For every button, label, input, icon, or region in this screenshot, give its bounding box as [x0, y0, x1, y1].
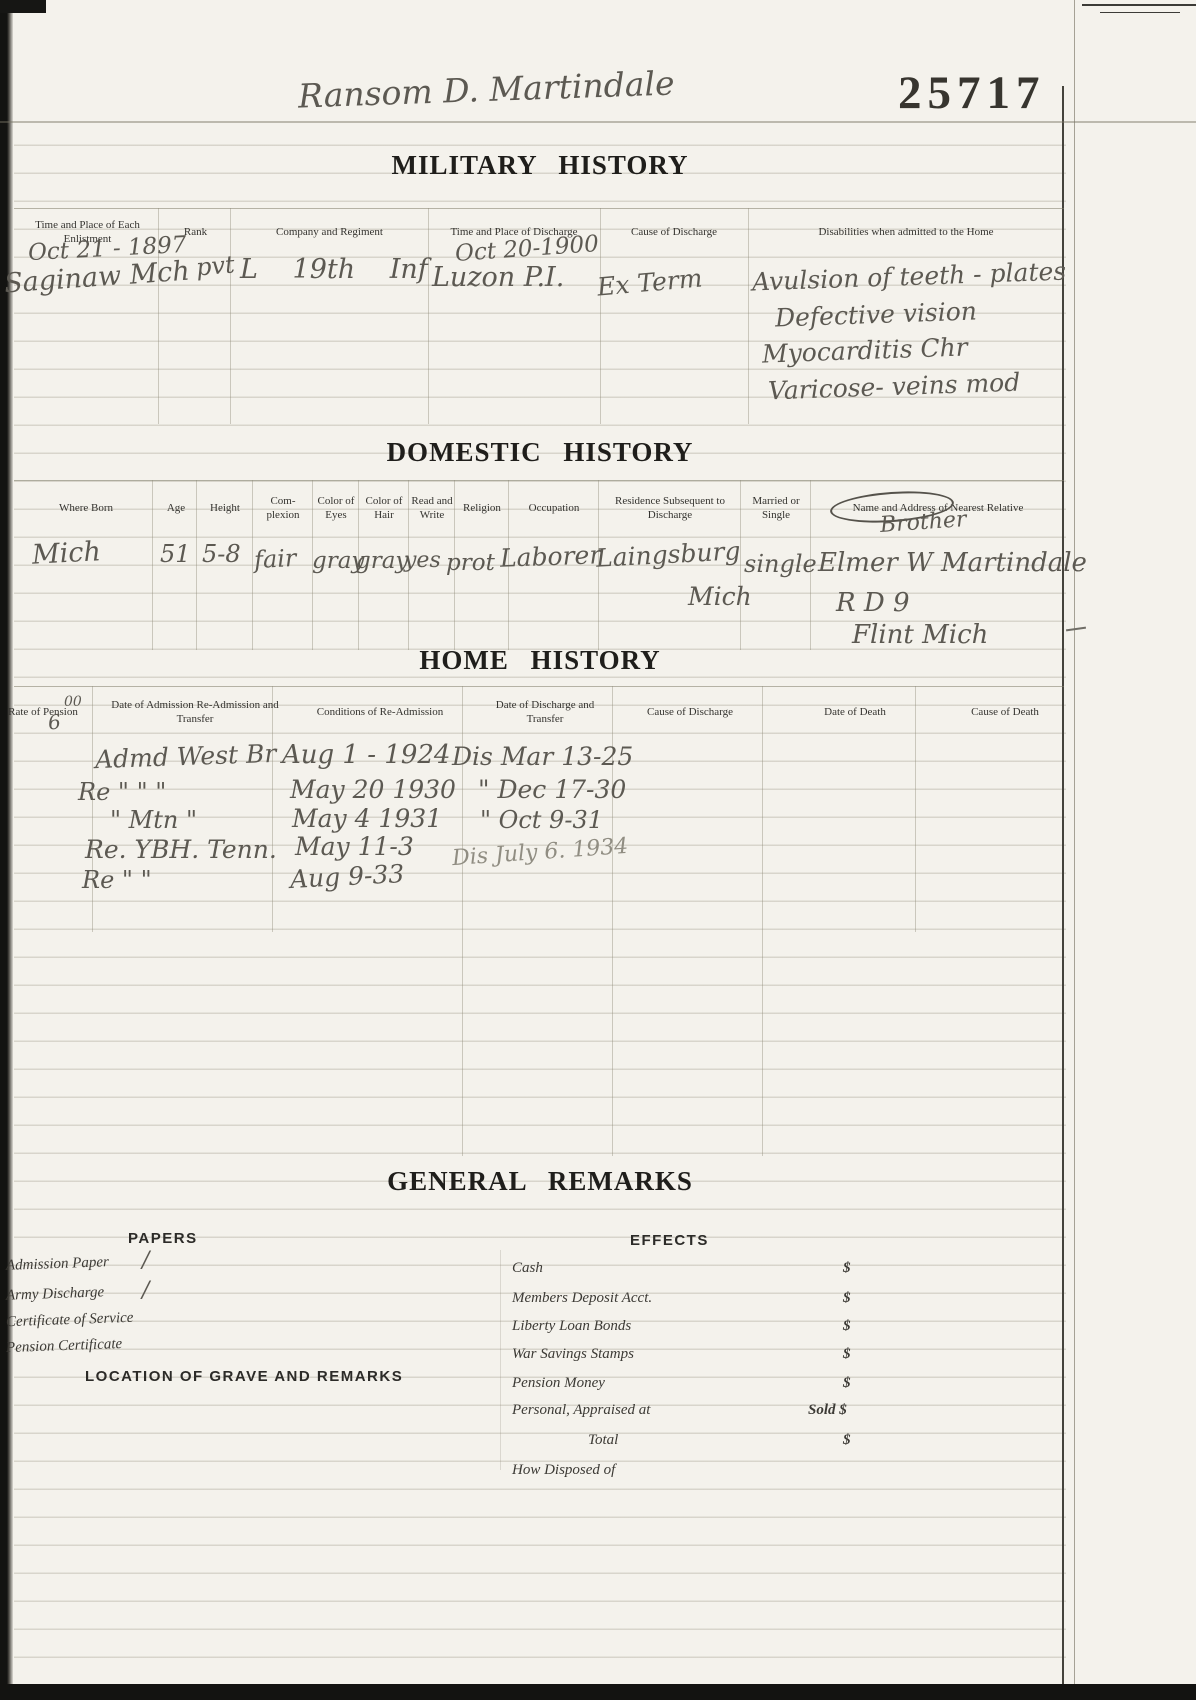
- home-row-conditions: May 4 1931: [292, 804, 442, 833]
- height-entry: 5-8: [202, 540, 241, 568]
- domestic-col-hair: Color of Hair: [360, 484, 408, 532]
- effect-item-value: $: [843, 1290, 851, 1307]
- home-column-line: [92, 686, 93, 932]
- residence-entry-line2: Mich: [688, 582, 752, 611]
- top-left-corner-mark: [0, 0, 46, 13]
- effect-item-label: Cash: [512, 1260, 543, 1277]
- effect-item-label: Total: [588, 1432, 618, 1449]
- rank-entry: pvt: [195, 250, 236, 281]
- paper-item-mark: /: [142, 1248, 149, 1273]
- company-entry: L 19th Inf: [240, 254, 428, 285]
- general-remarks-title: GENERAL REMARKS: [0, 1166, 1080, 1197]
- domestic-col-religion: Religion: [456, 484, 508, 532]
- complexion-entry: fair: [253, 544, 297, 574]
- home-row-conditions: May 11-3: [295, 832, 414, 861]
- relative-address-entry: R D 9: [836, 588, 910, 618]
- paper-item-mark: /: [142, 1278, 149, 1303]
- effect-item-label: How Disposed of: [512, 1462, 615, 1479]
- domestic-col-residence: Residence Subsequent to Discharge: [600, 484, 740, 532]
- pension-rate-dollars: 6: [47, 709, 62, 734]
- domestic-col-height: Height: [198, 484, 252, 532]
- home-row-discharge: " Dec 17-30: [478, 775, 626, 804]
- effect-item-label: Members Deposit Acct.: [512, 1290, 652, 1307]
- effect-item-value: $: [843, 1318, 851, 1335]
- effect-item-label: War Savings Stamps: [512, 1346, 634, 1363]
- paper-item-label: Admission Paper: [6, 1254, 109, 1275]
- military-history-title: MILITARY HISTORY: [0, 150, 1080, 181]
- bottom-page-edge: [0, 1684, 1196, 1700]
- effect-item-label: Liberty Loan Bonds: [512, 1318, 631, 1335]
- home-col-discharge: Date of Discharge and Transfer: [480, 690, 610, 734]
- military-col-disabilities: Disabilities when admitted to the Home: [750, 212, 1062, 252]
- record-number-stamp: 25717: [898, 66, 1046, 120]
- home-table-top-line: [14, 686, 1064, 687]
- papers-heading: PAPERS: [128, 1230, 198, 1247]
- effect-item-value: $: [843, 1346, 851, 1363]
- home-row-admission: " Mtn ": [110, 806, 197, 834]
- domestic-col-married: Married or Single: [742, 484, 810, 532]
- domestic-col-age: Age: [155, 484, 197, 532]
- handwritten-name: Ransom D. Martindale: [297, 63, 675, 115]
- domestic-col-eyes: Color of Eyes: [314, 484, 358, 532]
- home-row-discharge: " Oct 9-31: [480, 806, 603, 834]
- occupation-entry: Laborer: [500, 540, 602, 573]
- home-row-admission: Re. YBH. Tenn.: [85, 835, 277, 864]
- right-page-edge: [1062, 86, 1064, 1684]
- home-row-admission: Re " ": [82, 866, 152, 894]
- age-entry: 51: [160, 540, 191, 568]
- domestic-column-line: [252, 480, 253, 650]
- military-col-cause: Cause of Discharge: [602, 212, 746, 252]
- where-born-entry: Mich: [31, 536, 101, 571]
- home-col-date-death: Date of Death: [785, 690, 925, 734]
- effect-item-value: $: [843, 1375, 851, 1392]
- religion-entry: prot: [446, 550, 495, 576]
- effect-item-value: $: [843, 1432, 851, 1449]
- domestic-col-complexion: Com- plexion: [254, 484, 312, 532]
- home-history-title: HOME HISTORY: [0, 645, 1080, 676]
- domestic-history-title: DOMESTIC HISTORY: [0, 437, 1080, 468]
- home-row-admission: Re " " ": [78, 778, 166, 806]
- domestic-col-occupation: Occupation: [510, 484, 598, 532]
- home-row-discharge: Dis Mar 13-25: [452, 742, 633, 771]
- hair-entry: gray: [356, 548, 408, 574]
- domestic-column-line: [152, 480, 153, 650]
- grave-location-heading: LOCATION OF GRAVE AND REMARKS: [85, 1368, 403, 1385]
- relative-name-entry: Elmer W Martindale: [818, 548, 1087, 578]
- married-single-entry: single: [744, 550, 817, 578]
- home-col-conditions: Conditions of Re-Admission: [290, 690, 470, 734]
- military-col-company: Company and Regiment: [232, 212, 427, 252]
- discharge-place-entry: Luzon P.I.: [432, 262, 564, 293]
- military-column-line: [428, 208, 429, 424]
- home-col-cause-death: Cause of Death: [935, 690, 1075, 734]
- domestic-col-read-write: Read and Write: [410, 484, 454, 532]
- top-right-edge-mark: [1100, 12, 1180, 13]
- domestic-table-top-line: [14, 480, 1064, 481]
- margin-dash-mark: [1066, 627, 1086, 632]
- military-column-line: [230, 208, 231, 424]
- right-page-stack-edge: [1074, 0, 1075, 1684]
- home-col-cause-discharge: Cause of Discharge: [615, 690, 765, 734]
- read-write-entry: yes: [404, 548, 441, 573]
- header-rule: [0, 121, 1196, 123]
- home-row-conditions: Aug 9-33: [289, 859, 405, 894]
- home-row-conditions: May 20 1930: [290, 775, 456, 804]
- paper-item-label: Army Discharge: [6, 1284, 105, 1304]
- effects-heading: EFFECTS: [630, 1232, 709, 1249]
- military-column-line: [748, 208, 749, 424]
- effect-item-value: Sold $: [808, 1402, 847, 1419]
- home-col-admission: Date of Admission Re-Admission and Trans…: [100, 690, 290, 734]
- effect-item-value: $: [843, 1260, 851, 1277]
- pension-rate-cents: 00: [64, 694, 82, 710]
- record-page: Ransom D. Martindale 25717 MILITARY HIST…: [0, 0, 1196, 1700]
- domestic-col-where-born: Where Born: [20, 484, 152, 532]
- effect-item-label: Personal, Appraised at: [512, 1402, 650, 1419]
- home-row-conditions: Aug 1 - 1924: [282, 740, 450, 770]
- book-binding-edge: [0, 0, 13, 1700]
- military-column-line: [600, 208, 601, 424]
- papers-effects-divider: [500, 1250, 501, 1470]
- military-table-top-line: [14, 208, 1064, 209]
- home-column-line: [762, 686, 763, 1156]
- effect-item-label: Pension Money: [512, 1375, 605, 1392]
- top-right-edge-mark: [1082, 4, 1196, 6]
